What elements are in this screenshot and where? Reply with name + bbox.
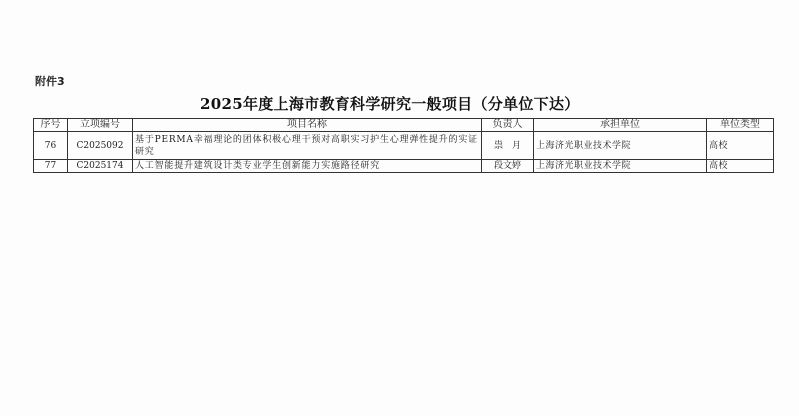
document-title: 2025年度上海市教育科学研究一般项目（分单位下达） [200,93,620,114]
header-institution: 承担单位 [534,119,707,132]
cell-project-id: C2025092 [68,132,133,160]
header-seq: 序号 [34,119,68,132]
header-project-name: 项目名称 [133,119,482,132]
header-leader: 负责人 [482,119,534,132]
cell-project-name: 人工智能提升建筑设计类专业学生创新能力实施路径研究 [133,160,482,173]
cell-institution: 上海济光职业技术学院 [534,160,707,173]
table-row: 76 C2025092 基于PERMA幸福理论的团体积极心理干预对高职实习护生心… [34,132,774,160]
cell-seq: 76 [34,132,68,160]
cell-leader: 祟 月 [482,132,534,160]
cell-seq: 77 [34,160,68,173]
cell-institution: 上海济光职业技术学院 [534,132,707,160]
cell-institution-type: 高校 [707,160,774,173]
header-project-id: 立项编号 [68,119,133,132]
cell-project-id: C2025174 [68,160,133,173]
table-row: 77 C2025174 人工智能提升建筑设计类专业学生创新能力实施路径研究 段文… [34,160,774,173]
projects-table: 序号 立项编号 项目名称 负责人 承担单位 单位类型 76 C2025092 基… [33,118,774,173]
attachment-label: 附件3 [35,73,65,89]
cell-leader: 段文婷 [482,160,534,173]
header-institution-type: 单位类型 [707,119,774,132]
table-header-row: 序号 立项编号 项目名称 负责人 承担单位 单位类型 [34,119,774,132]
cell-project-name: 基于PERMA幸福理论的团体积极心理干预对高职实习护生心理弹性提升的实证研究 [133,132,482,160]
cell-institution-type: 高校 [707,132,774,160]
